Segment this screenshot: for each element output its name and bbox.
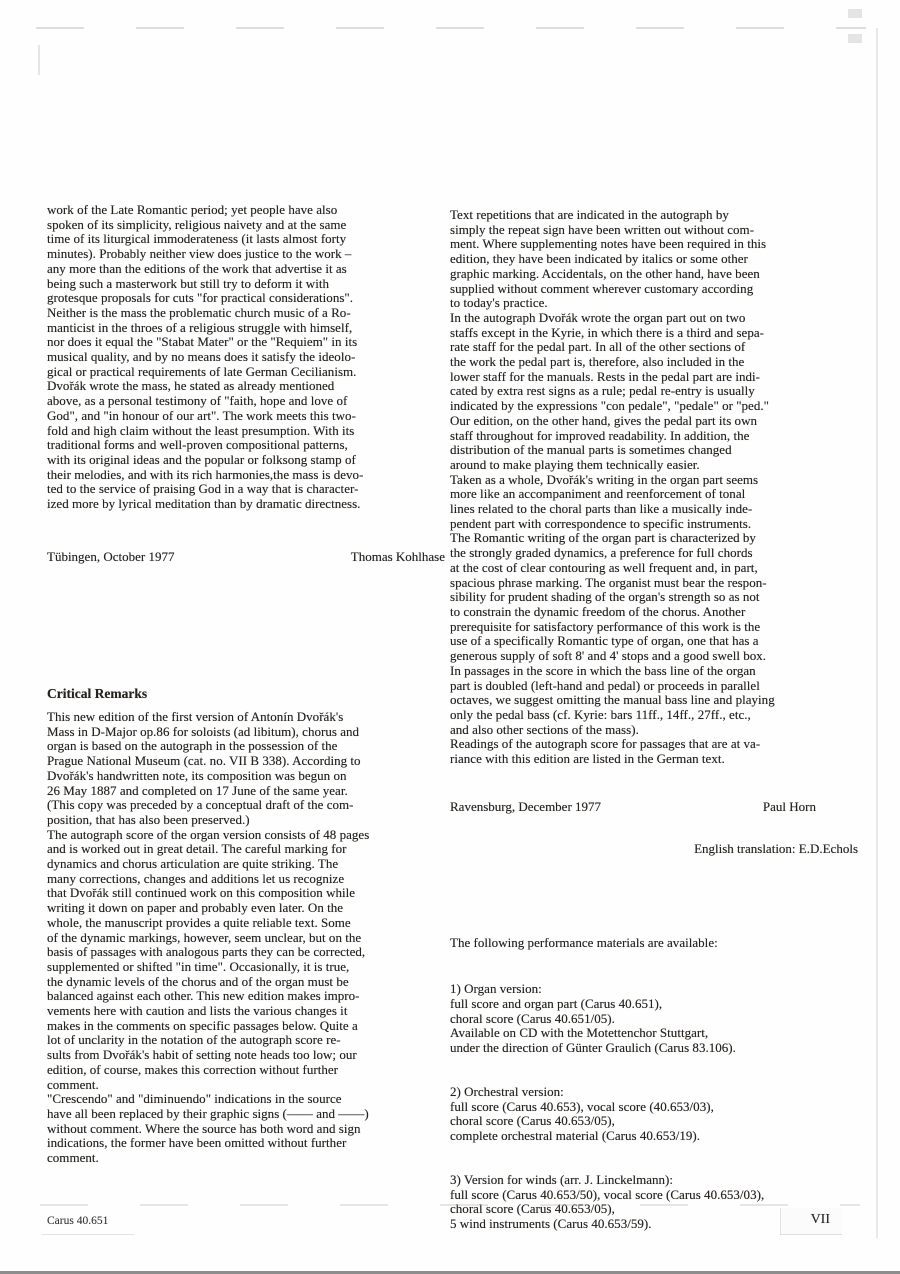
materials-intro: The following performance materials are … (450, 936, 858, 951)
scanned-score-preface-page: work of the Late Romantic period; yet pe… (0, 0, 900, 1274)
scan-artifact-corner-mark (848, 9, 862, 18)
right-column-body: Text repetitions that are indicated in t… (450, 208, 858, 767)
scan-artifact-left-edge-mark (38, 45, 40, 75)
scan-artifact-top-dashes (36, 27, 866, 29)
critical-remarks-heading: Critical Remarks (47, 686, 445, 702)
left-column-opening-paragraph: work of the Late Romantic period; yet pe… (47, 203, 445, 512)
materials-item-orchestral-version: 2) Orchestral version: full score (Carus… (450, 1085, 858, 1144)
scan-artifact-footer-underline (42, 1234, 134, 1235)
page-number: VII (780, 1208, 842, 1235)
materials-item-organ-version: 1) Organ version: full score and organ p… (450, 982, 858, 1056)
left-column-signature: Tübingen, October 1977 Thomas Kohlhase (47, 549, 445, 565)
signature-name: Paul Horn (763, 799, 816, 815)
signature-place-date: Tübingen, October 1977 (47, 549, 174, 565)
scan-artifact-footer-dashes (40, 1204, 860, 1206)
signature-name: Thomas Kohlhase (351, 549, 445, 565)
scan-artifact-right-edge-line (876, 28, 878, 1238)
scan-artifact-corner-mark (848, 34, 862, 43)
signature-place-date: Ravensburg, December 1977 (450, 799, 601, 815)
footer-catalog-number: Carus 40.651 (47, 1215, 108, 1227)
critical-remarks-body: This new edition of the first version of… (47, 710, 445, 1166)
translation-credit: English translation: E.D.Echols (450, 841, 900, 857)
right-column-signature: Ravensburg, December 1977 Paul Horn (450, 799, 858, 815)
